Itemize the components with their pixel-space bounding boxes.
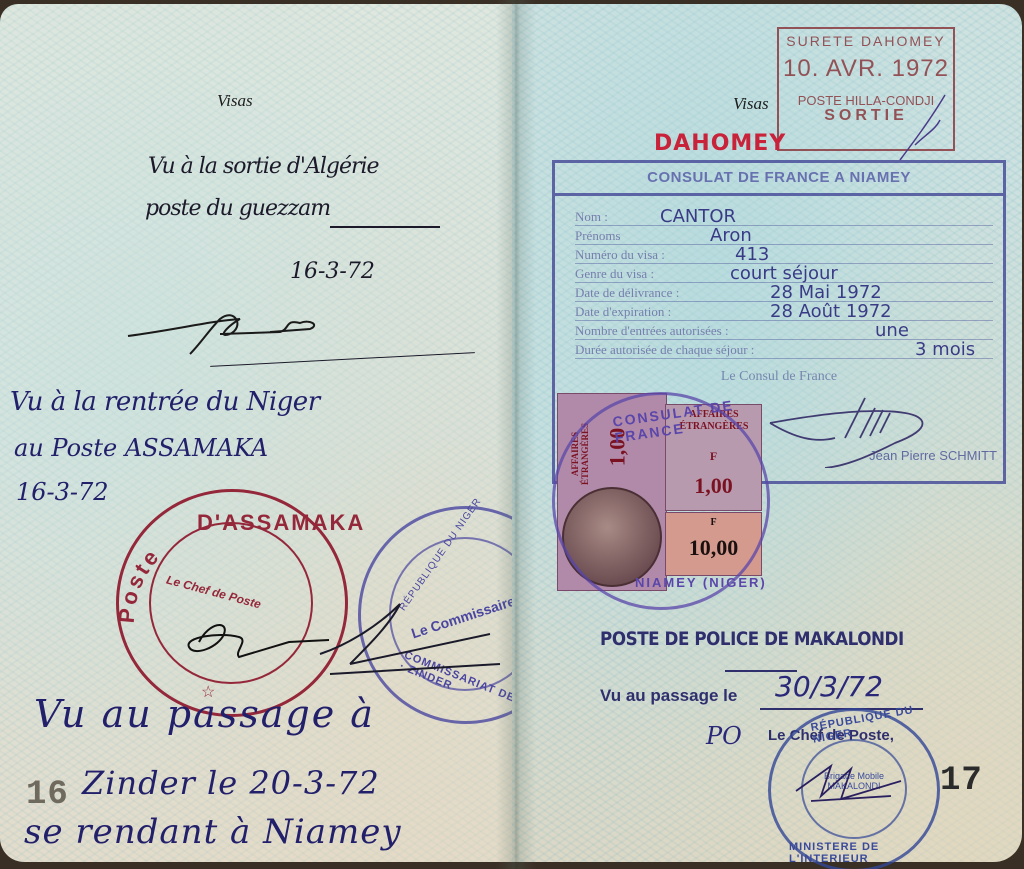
field-value: 3 mois <box>915 339 975 360</box>
svg-text:Poste: Poste <box>116 543 165 624</box>
visa-field-row: Date de délivrance : 28 Mai 1972 <box>575 283 993 302</box>
visa-field-row: Date d'expiration : 28 Août 1972 <box>575 302 993 321</box>
visa-field-row: Durée autorisée de chaque séjour : 3 moi… <box>575 340 993 359</box>
visa-field-row: Nombre d'entrées autorisées : une <box>575 321 993 340</box>
field-label: Durée autorisée de chaque séjour : <box>575 342 754 358</box>
signature-icon <box>791 761 911 811</box>
visas-header-left: Visas <box>217 91 253 111</box>
field-label: Genre du visa : <box>575 266 654 282</box>
ministere-stamp: RÉPUBLIQUE DU NIGER MINISTERE DE L'INTER… <box>768 708 940 869</box>
consul-title: Le Consul de France <box>555 369 1003 385</box>
underline <box>330 226 440 228</box>
dahomey-stamp-agency: SURETE DAHOMEY <box>779 33 953 49</box>
field-value: Aron <box>710 225 752 246</box>
dahomey-stamp-date: 10. AVR. 1972 <box>779 55 953 83</box>
zinder-note-line3: se rendant à Niamey <box>24 812 402 852</box>
page-number-right: 17 <box>940 762 983 800</box>
field-label: Date d'expiration : <box>575 304 671 320</box>
police-po: PO <box>706 722 742 750</box>
consulat-title: CONSULAT DE FRANCE A NIAMEY <box>555 163 1003 196</box>
field-value: 413 <box>735 244 769 265</box>
field-label: Prénoms <box>575 228 621 244</box>
niger-entry-line1: Vu à la rentrée du Niger <box>10 387 320 417</box>
field-value: une <box>875 320 909 341</box>
consulat-round-stamp: CONSULAT DE FRANCE NIAMEY (NIGER) <box>552 392 770 610</box>
left-page: Visas Vu à la sortie d'Algérie poste du … <box>0 4 512 862</box>
field-label: Nom : <box>575 209 608 225</box>
niger-entry-line2: au Poste ASSAMAKA <box>14 434 268 462</box>
niger-entry-date: 16-3-72 <box>16 478 109 506</box>
zinder-note-line1: Vu au passage à <box>34 692 375 736</box>
field-value: court séjour <box>730 263 838 284</box>
police-stamp-title: POSTE DE POLICE DE MAKALONDI <box>600 628 904 650</box>
field-label: Numéro du visa : <box>575 247 665 263</box>
field-value: 28 Août 1972 <box>770 301 892 322</box>
signature-icon <box>120 299 330 359</box>
assamaka-stamp-text: Poste <box>116 543 165 624</box>
algeria-exit-date: 16-3-72 <box>290 259 375 284</box>
page-number-left: 16 <box>26 776 69 814</box>
police-vu-label: Vu au passage le <box>600 686 737 706</box>
visa-field-row: Nom : CANTOR <box>575 207 993 226</box>
algeria-exit-line2: poste du guezzam <box>145 196 330 221</box>
field-label: Date de délivrance : <box>575 285 679 301</box>
assamaka-stamp-top: D'ASSAMAKA <box>197 510 365 536</box>
dahomey-handwritten: DAHOMEY <box>654 131 786 156</box>
signature-icon <box>895 90 955 170</box>
algeria-exit-line1: Vu à la sortie d'Algérie <box>148 154 379 179</box>
signature-icon <box>310 594 510 704</box>
visa-field-row: Genre du visa : court séjour <box>575 264 993 283</box>
ministere-stamp-bottom: MINISTERE DE L'INTERIEUR <box>789 841 937 865</box>
round-stamp-bottom: NIAMEY (NIGER) <box>635 575 767 590</box>
round-stamp-top: CONSULAT DE FRANCE <box>612 392 769 445</box>
police-date: 30/3/72 <box>775 670 883 703</box>
visas-header-right: Visas <box>733 94 769 114</box>
field-label: Nombre d'entrées autorisées : <box>575 323 729 339</box>
visa-field-row: Numéro du visa : 413 <box>575 245 993 264</box>
visa-field-row: Prénoms Aron <box>575 226 993 245</box>
signature-icon <box>765 388 955 468</box>
field-value: CANTOR <box>660 206 736 227</box>
field-value: 28 Mai 1972 <box>770 282 882 303</box>
zinder-note-line2: Zinder le 20-3-72 <box>82 764 380 802</box>
